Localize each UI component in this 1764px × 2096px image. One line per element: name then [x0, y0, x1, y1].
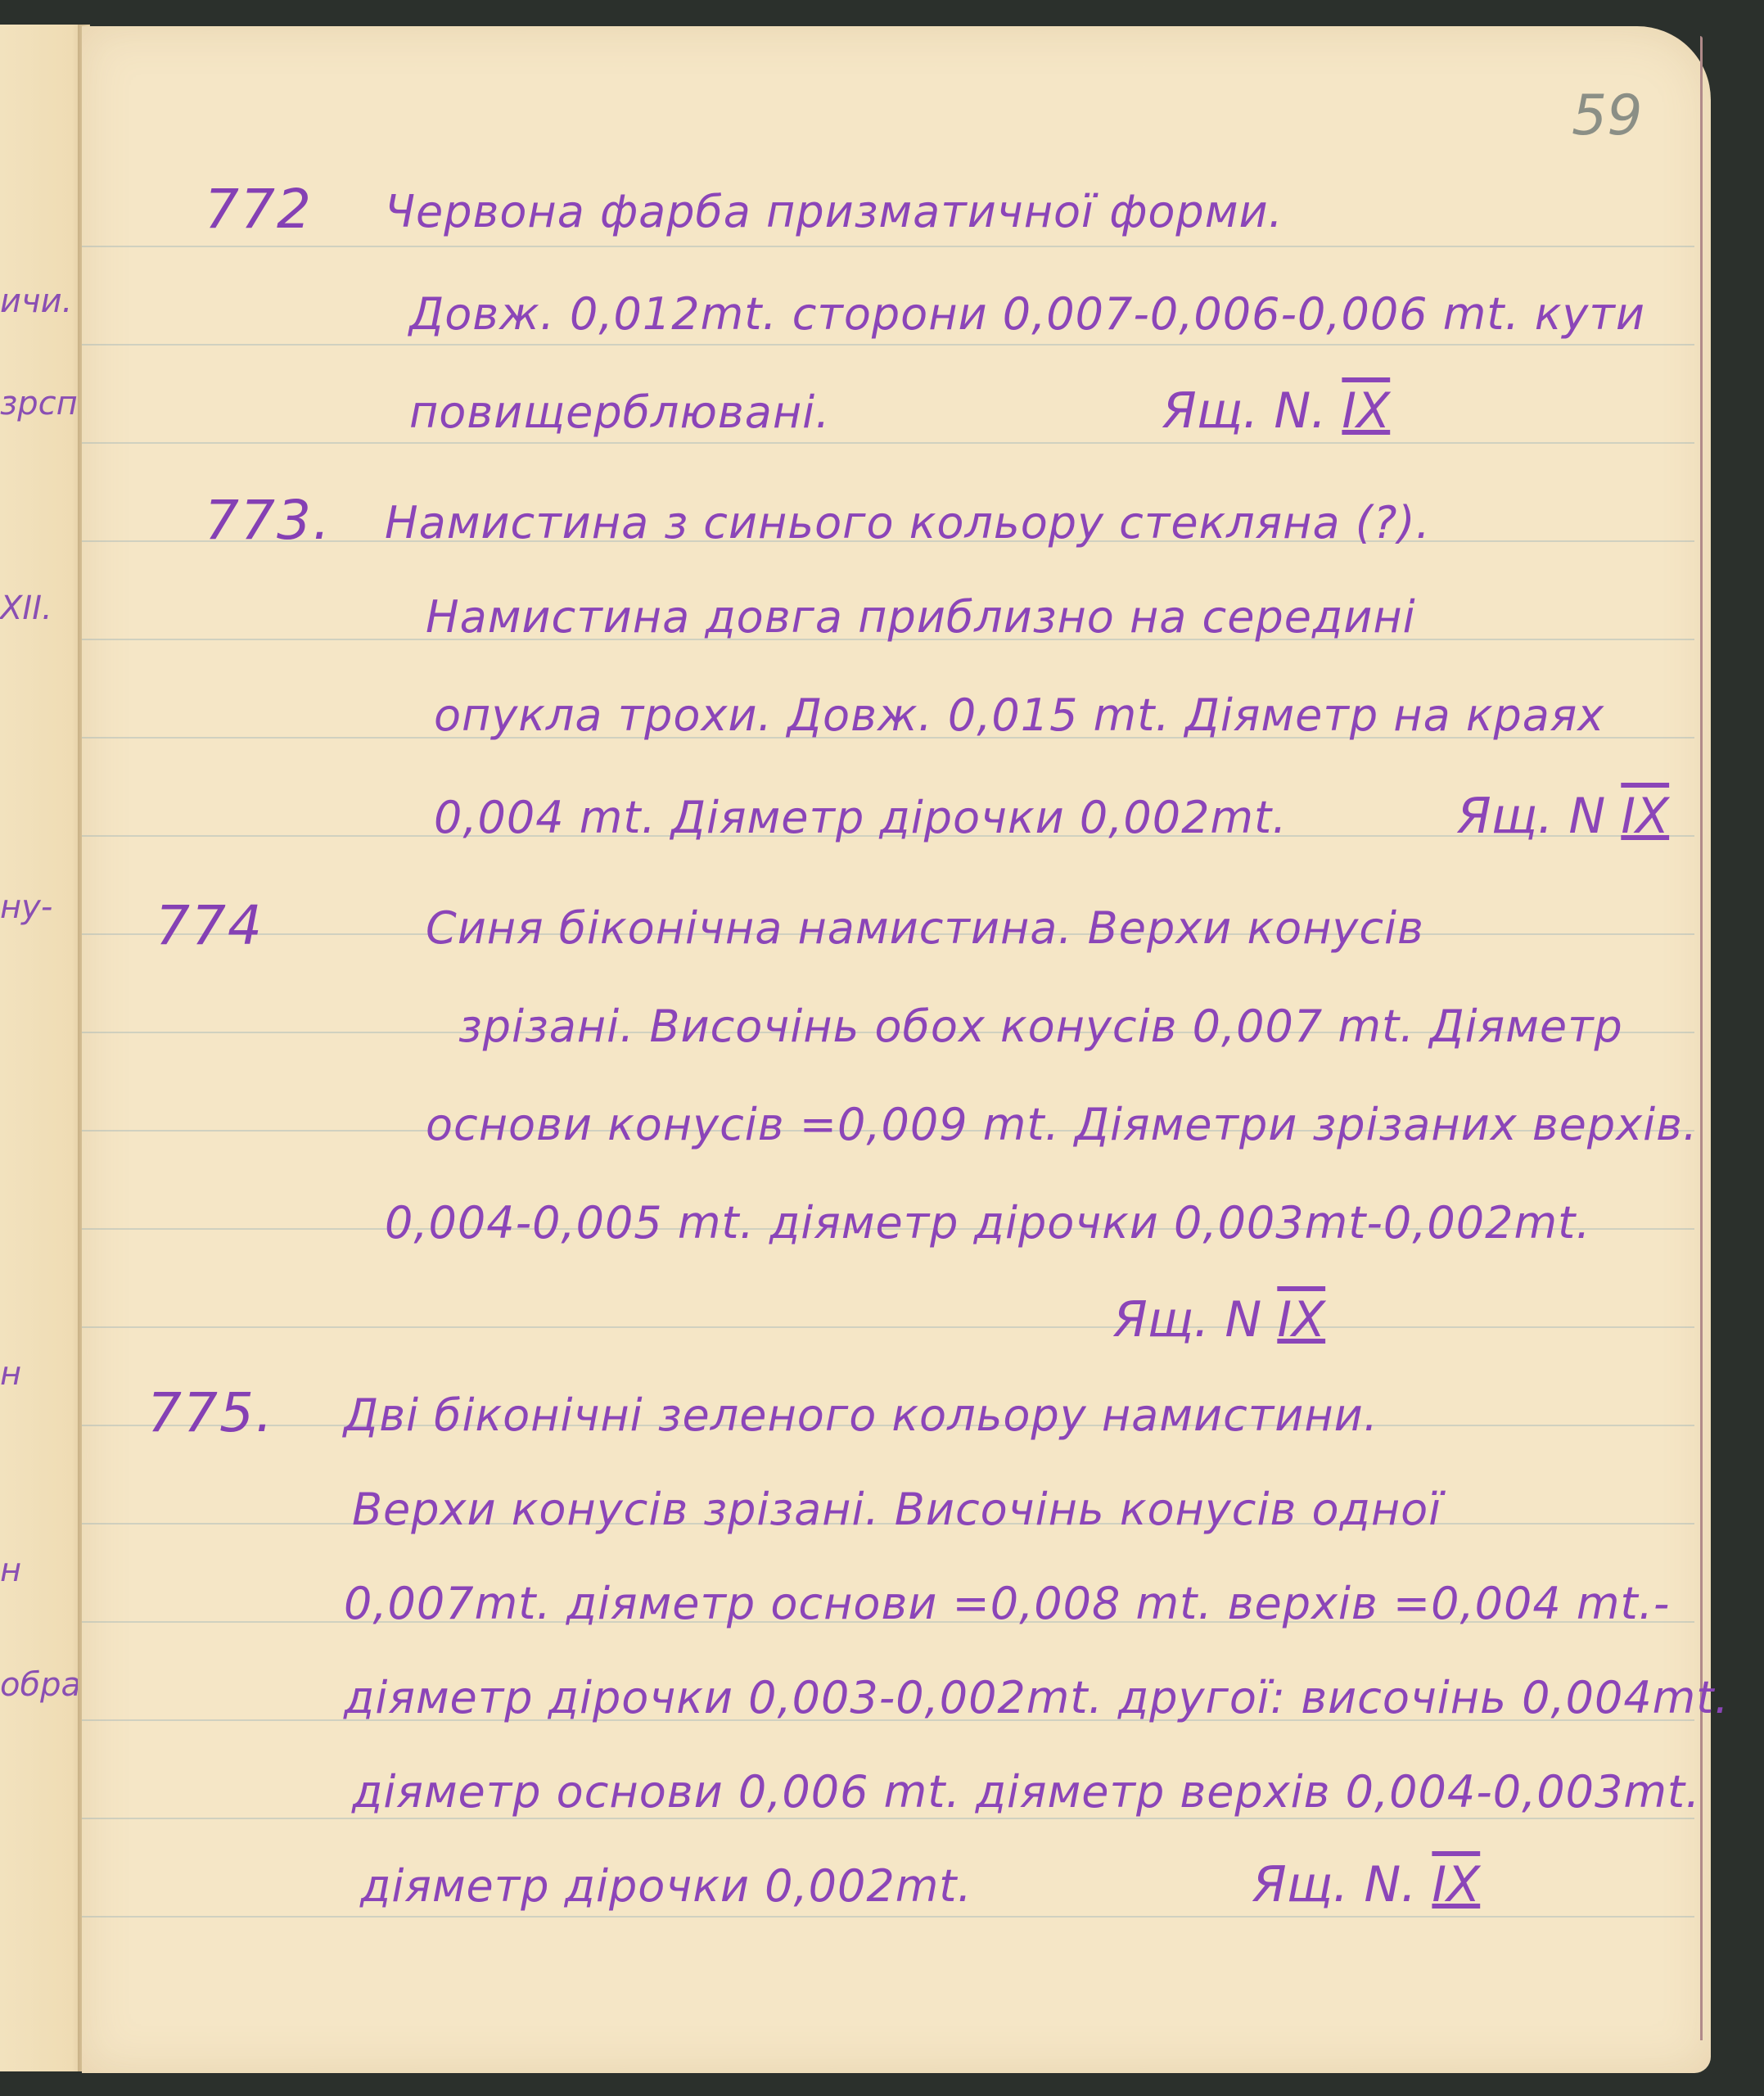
entry-line: Намистина довга приблизно на середині — [426, 591, 1416, 643]
ruled-line — [82, 442, 1694, 444]
entry-line: 0,007mt. діяметр основи =0,008 mt. верхі… — [344, 1578, 1670, 1629]
left-fragment-text: XII. — [0, 589, 52, 627]
box-ref-roman: IX — [1277, 1291, 1325, 1348]
entry-line: діяметр дірочки 0,003-0,002mt. другої: в… — [344, 1672, 1730, 1723]
left-fragment-text: обра — [0, 1666, 81, 1704]
entry-number: 775. — [147, 1381, 274, 1444]
box-ref-prefix: Ящ. N. — [1252, 1856, 1416, 1913]
left-fragment-text: ичи. — [0, 282, 72, 320]
entry-number: 774 — [156, 894, 264, 957]
page-number: 59 — [1572, 84, 1643, 148]
entry-line: опукла трохи. Довж. 0,015 mt. Діяметр на… — [434, 689, 1604, 741]
entry-number: 772 — [205, 178, 313, 241]
entry-line: 0,004 mt. Діяметр дірочки 0,002mt. — [434, 792, 1287, 843]
right-page: 59 772 Червона фарба призматичної форми.… — [82, 26, 1711, 2073]
ruled-line — [82, 344, 1694, 346]
box-ref-roman: IX — [1621, 788, 1669, 845]
entry-line: діяметр дірочки 0,002mt. — [360, 1860, 972, 1912]
left-page-fragment: ичи. зрсп. XII. ну- н н обра — [0, 25, 90, 2071]
box-ref-roman: IX — [1342, 382, 1390, 440]
entry-line: 0,004-0,005 mt. діяметр дірочки 0,003mt-… — [385, 1197, 1590, 1249]
ruled-line — [82, 1818, 1694, 1819]
entry-line: Намистина з синього кольору стекляна (?)… — [385, 497, 1431, 549]
box-ref-prefix: Ящ. N — [1457, 788, 1605, 845]
entry-line: Синя біконічна намистина. Верхи конусів — [426, 902, 1424, 954]
left-fragment-text: зрсп. — [0, 385, 88, 422]
entry-line: Довж. 0,012mt. сторони 0,007-0,006-0,006… — [409, 288, 1645, 340]
box-reference: Ящ. N. IX — [1162, 382, 1390, 440]
ruled-line — [82, 1916, 1694, 1918]
entry-line: Верхи конусів зрізані. Височінь конусів … — [352, 1484, 1441, 1535]
ruled-line — [82, 1326, 1694, 1328]
box-ref-roman: IX — [1432, 1856, 1480, 1913]
entry-line: повищерблювані. — [409, 386, 830, 438]
box-reference: Ящ. N. IX — [1252, 1856, 1480, 1913]
left-fragment-text: н — [0, 1552, 21, 1589]
box-reference: Ящ. N IX — [1457, 788, 1669, 845]
entry-line: зрізані. Височінь обох конусів 0,007 mt.… — [458, 1001, 1623, 1052]
entry-line: основи конусів =0,009 mt. Діяметри зріза… — [426, 1099, 1698, 1150]
left-fragment-text: ну- — [0, 888, 52, 926]
ruled-line — [82, 246, 1694, 247]
box-ref-prefix: Ящ. N. — [1162, 382, 1326, 440]
entry-line: Червона фарба призматичної форми. — [385, 186, 1284, 237]
left-fragment-text: н — [0, 1355, 21, 1393]
entry-line: Дві біконічні зеленого кольору намистини… — [344, 1389, 1378, 1441]
box-reference: Ящ. N IX — [1113, 1291, 1325, 1348]
entry-number: 773. — [205, 489, 332, 552]
entry-line: діяметр основи 0,006 mt. діяметр верхів … — [352, 1766, 1700, 1818]
box-ref-prefix: Ящ. N — [1113, 1291, 1261, 1348]
page-edge-line — [1700, 36, 1703, 2040]
